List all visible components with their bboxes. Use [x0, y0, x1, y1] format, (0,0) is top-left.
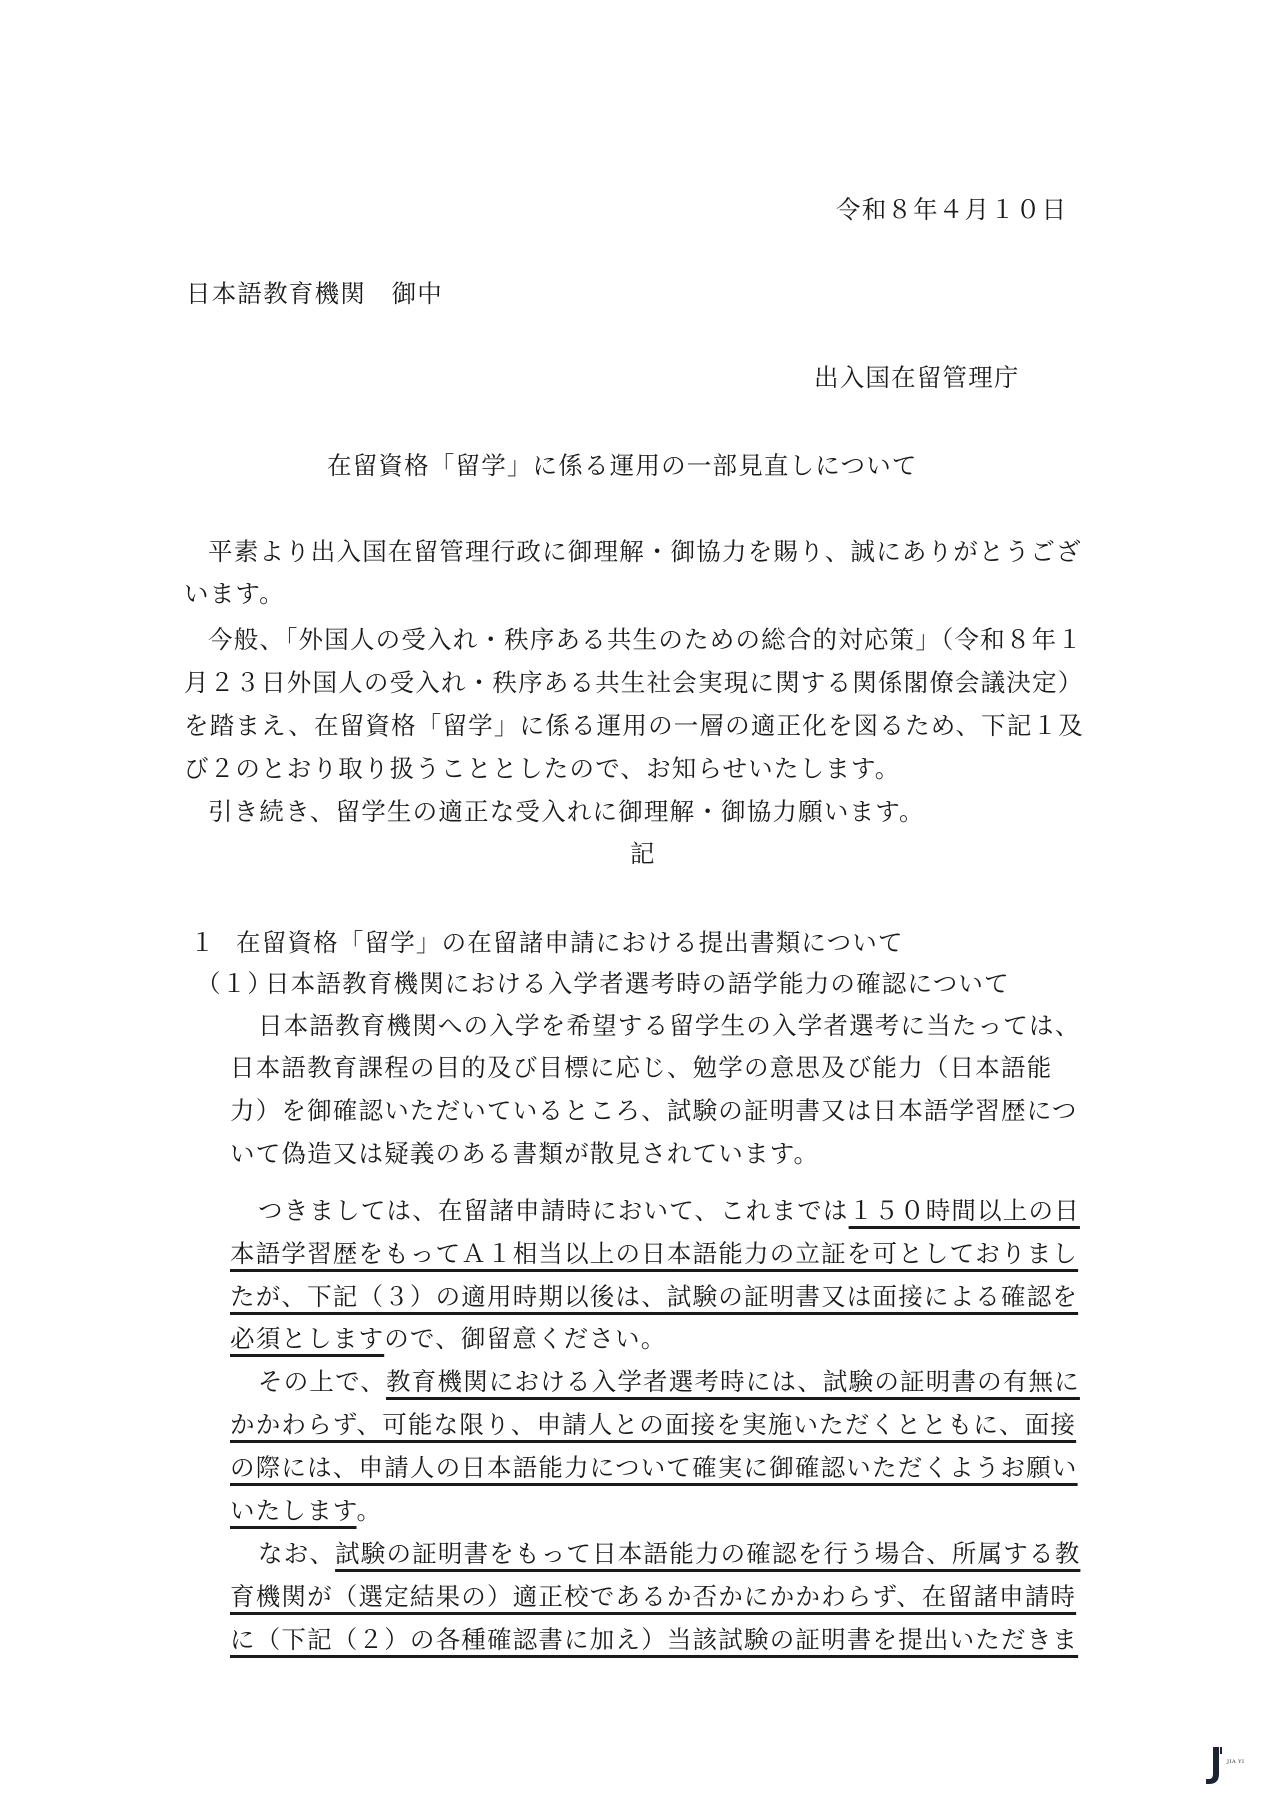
intro-p2-line2: 月２３日外国人の受入れ・秩序ある共生社会実現に関する関係閣僚会議決定） [184, 667, 1084, 699]
para3-line4-underlined: いたします [230, 1496, 357, 1525]
intro-p2-line1: 今般、「外国人の受入れ・秩序ある共生のための総合的対応策」（令和８年１ [208, 624, 1083, 656]
document-title: 在留資格「留学」に係る運用の一部見直しについて [327, 450, 918, 482]
para4-line3: に（下記（２）の各種確認書に加え）当該試験の証明書を提出いただきま [230, 1624, 1078, 1656]
logo-text: JIA YI [1227, 1759, 1244, 1765]
document-page: 令和８年４月１０日 日本語教育機関 御中 出入国在留管理庁 在留資格「留学」に係… [0, 0, 1280, 1810]
jiayi-logo: JIA YI [1203, 1746, 1253, 1790]
intro-p2-line3: を踏まえ、在留資格「留学」に係る運用の一層の適正化を図るため、下記１及 [184, 710, 1084, 742]
sender: 出入国在留管理庁 [814, 362, 1020, 394]
para4-line1-underlined: 試験の証明書をもって日本語能力の確認を行う場合、所属する教 [335, 1539, 1080, 1568]
para2-line3: たが、下記（３）の適用時期以後は、試験の証明書又は面接による確認を [230, 1281, 1078, 1313]
para2-line4: 必須としますので、御留意ください。 [230, 1323, 666, 1355]
para3-line3: の際には、申請人の日本語能力について確実に御確認いただくようお願い [230, 1452, 1078, 1484]
para1-line2: 日本語教育課程の目的及び目標に応じ、勉学の意思及び能力（日本語能 [230, 1052, 1052, 1084]
para4-line2: 育機関が（選定結果の）適正校であるか否かにかかわらず、在留諸申請時 [230, 1581, 1076, 1613]
para1-line4: いて偽造又は疑義のある書類が散見されています。 [230, 1138, 819, 1170]
para3-line1-plain: その上で、 [258, 1367, 386, 1396]
para3-line4-plain: 。 [357, 1496, 383, 1525]
document-date: 令和８年４月１０日 [836, 194, 1067, 226]
ki-heading: 記 [630, 838, 656, 870]
para4-line1-plain: なお、 [258, 1539, 335, 1568]
para2-line1: つきましては、在留諸申請時において、これまでは１５０時間以上の日 [258, 1195, 1080, 1227]
para3-line4: いたします。 [230, 1495, 382, 1527]
para3-line2: かかわらず、可能な限り、申請人との面接を実施いただくとともに、面接 [230, 1409, 1076, 1441]
subsection1-heading: 日本語教育機関における入学者選考時の語学能力の確認について [265, 968, 1010, 1000]
intro-p2-line4: び２のとおり取り扱うこととしたので、お知らせいたします。 [184, 753, 900, 785]
para2-line1-underlined: １５０時間以上の日 [849, 1196, 1080, 1225]
para2-line4-underlined: 必須とします [230, 1324, 384, 1353]
para4-line1: なお、試験の証明書をもって日本語能力の確認を行う場合、所属する教 [258, 1538, 1080, 1570]
section1-heading: 在留資格「留学」の在留諸申請における提出書類について [236, 927, 904, 959]
intro-p1-line2: います。 [184, 578, 285, 610]
para1-line1: 日本語教育機関への入学を希望する留学生の入学者選考に当たっては、 [258, 1010, 1080, 1042]
intro-p1-line1: 平素より出入国在留管理行政に御理解・御協力を賜り、誠にありがとうござ [208, 536, 1082, 568]
recipient: 日本語教育機関 御中 [186, 278, 443, 310]
para3-line1: その上で、教育機関における入学者選考時には、試験の証明書の有無に [258, 1366, 1080, 1398]
para3-line1-underlined: 教育機関における入学者選考時には、試験の証明書の有無に [386, 1367, 1080, 1396]
para2-line2: 本語学習歴をもってＡ１相当以上の日本語能力の立証を可としておりまし [230, 1238, 1078, 1270]
para2-line4-plain: ので、御留意ください。 [384, 1324, 666, 1353]
section1-number: １ [190, 927, 216, 959]
j-logo-icon [1203, 1746, 1225, 1786]
para2-line1-plain: つきましては、在留諸申請時において、これまでは [258, 1196, 849, 1225]
subsection1-number: （１） [196, 968, 273, 1000]
intro-p3-line1: 引き続き、留学生の適正な受入れに御理解・御協力願います。 [208, 796, 925, 828]
para1-line3: 力）を御確認いただいているところ、試験の証明書又は日本語学習歴につ [230, 1095, 1078, 1127]
